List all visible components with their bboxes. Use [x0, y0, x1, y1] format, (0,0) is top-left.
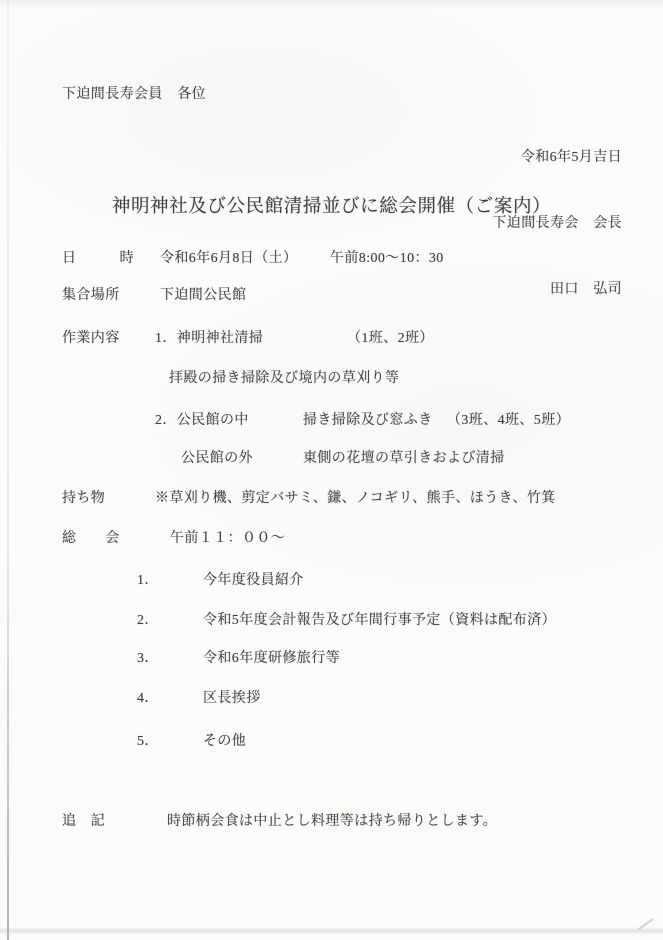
agenda-item-number: 4． — [137, 690, 159, 707]
field-label-work-content: 作業内容 — [62, 330, 120, 347]
scanned-notice-page: 下迫間長寿会員 各位 令和6年5月吉日 下迫間長寿会 会長 田口 弘司 神明神社… — [0, 0, 663, 940]
agenda-item-text: 令和6年度研修旅行等 — [203, 650, 340, 667]
agenda-item-text: その他 — [203, 733, 246, 750]
scan-top-shadow — [0, 0, 663, 8]
belongings-value: ※草刈り機、剪定バサミ、鎌、ノコギリ、熊手、ほうき、竹箕 — [155, 490, 556, 507]
recipient-line: 下迫間長寿会員 各位 — [62, 86, 206, 103]
agenda-item-text: 区長挨拶 — [203, 690, 261, 707]
work-item-3-task: 東側の花壇の草引きおよび清掃 — [303, 450, 505, 467]
work-item-2-groups: （3班、4班、5班） — [447, 412, 570, 429]
scan-bottom-shadow — [0, 927, 663, 934]
work-item-1-detail: 拝殿の掃き掃除及び境内の草刈り等 — [169, 370, 399, 387]
agenda-item-number: 2． — [137, 612, 159, 629]
datetime-time: 午前8:00～10：30 — [330, 250, 444, 267]
sender-block: 令和6年5月吉日 下迫間長寿会 会長 田口 弘司 — [492, 103, 622, 345]
agenda-item-number: 5． — [137, 733, 159, 750]
field-label-belongings: 持ち物 — [62, 490, 105, 507]
datetime-date: 令和6年6月8日（土） — [160, 250, 297, 267]
agenda-item-number: 3． — [137, 650, 159, 667]
work-item-2-task: 掃き掃除及び窓ふき — [303, 412, 433, 429]
sender-name: 田口 弘司 — [492, 279, 622, 301]
work-item-2: 2．公民館の中 — [155, 412, 249, 429]
scan-left-edge-line — [7, 0, 9, 940]
work-item-1-groups: （1班、2班） — [347, 330, 434, 347]
issue-date: 令和6年5月吉日 — [492, 147, 622, 169]
work-item-1: 1．神明神社清掃 — [155, 330, 263, 347]
agenda-item-text: 今年度役員紹介 — [203, 572, 304, 589]
agenda-item-number: 1． — [137, 572, 159, 589]
field-label-general-meeting: 総 会 — [62, 530, 120, 547]
agenda-item-text: 令和5年度会計報告及び年間行事予定（資料は配布済） — [203, 612, 556, 629]
meeting-place-value: 下迫間公民館 — [160, 287, 246, 304]
field-label-meeting-place: 集合場所 — [62, 287, 120, 304]
field-label-datetime: 日 時 — [62, 250, 134, 267]
document-title: 神明神社及び公民館清掃並びに総会開催（ご案内） — [0, 192, 663, 218]
work-item-3-place: 公民館の外 — [181, 450, 253, 467]
postscript-value: 時節柄会食は中止とし料理等は持ち帰りとします。 — [167, 813, 497, 830]
field-label-postscript: 追 記 — [62, 813, 105, 830]
general-meeting-time: 午前１１：００～ — [170, 530, 285, 547]
